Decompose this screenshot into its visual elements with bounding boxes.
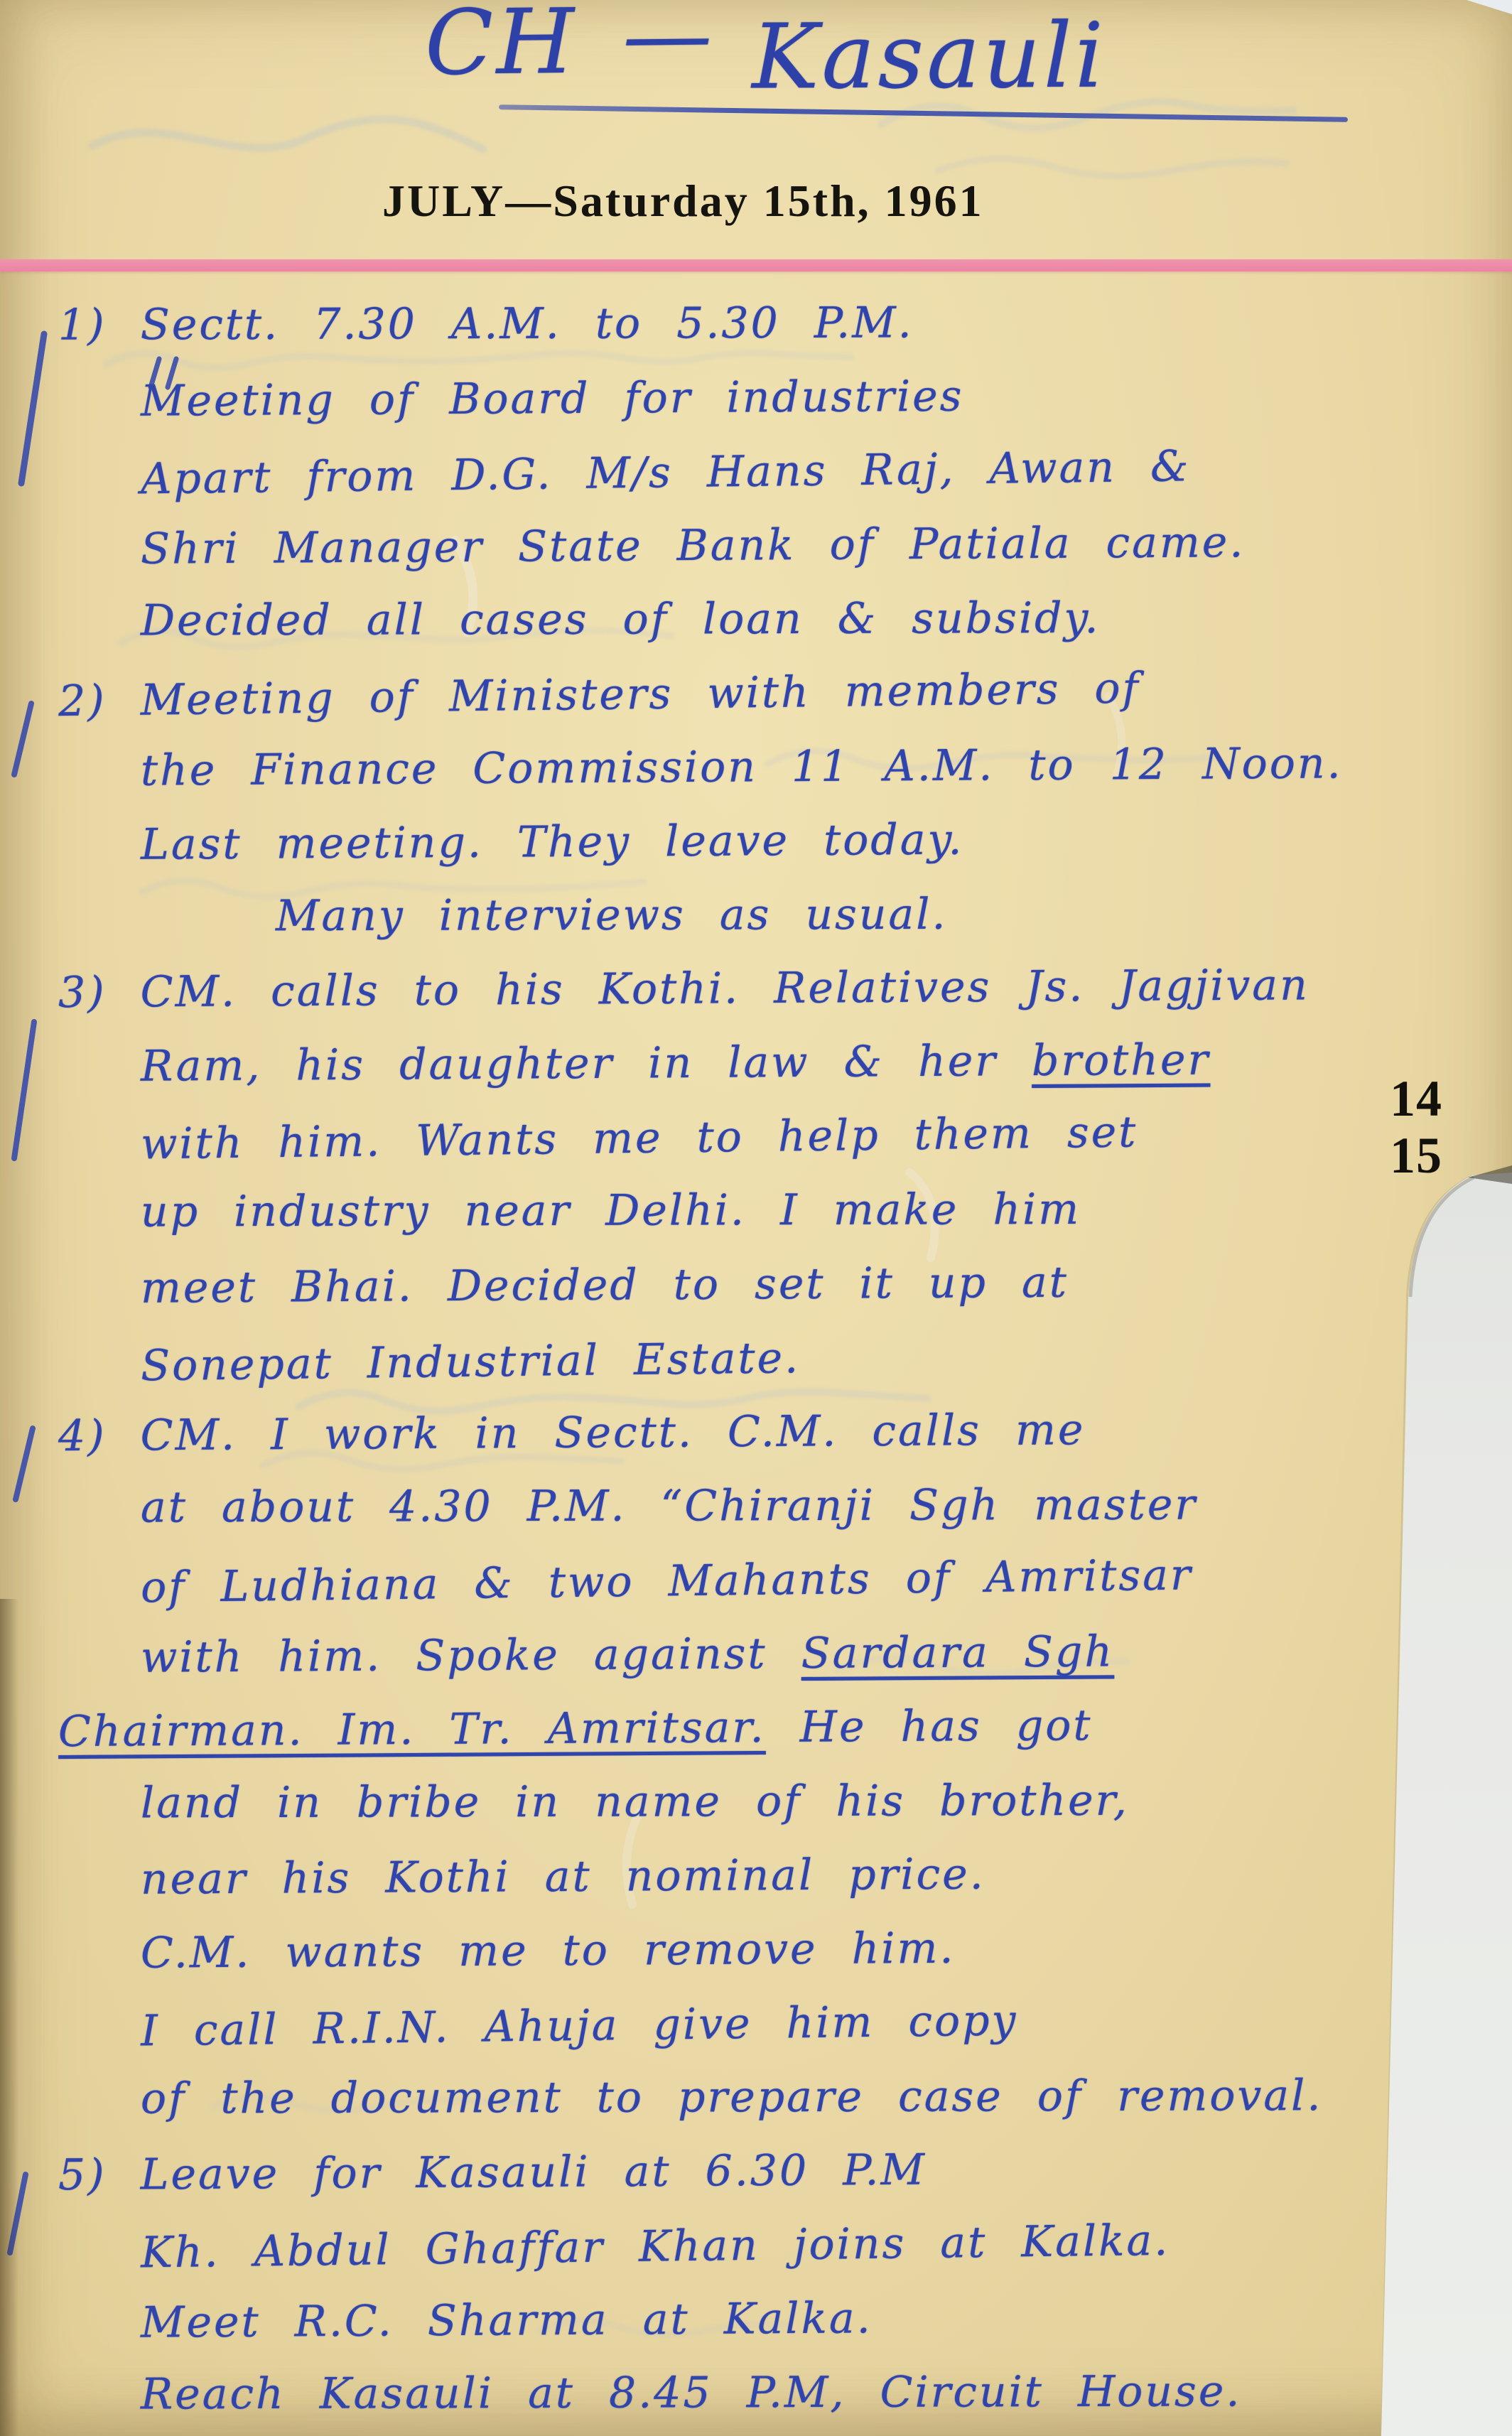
page-edge-shadow [0,1599,18,2436]
handwritten-line: Meeting of Board for industries [141,356,1470,438]
text-segment: near his Kothi at nominal price. [141,1849,985,1904]
pink-rule [0,259,1512,271]
text-segment: Last meeting. They leave today. [141,815,964,870]
handwritten-line: of Ludhiana & two Mahants of Amritsar [140,1535,1469,1625]
title-dash: — [622,0,715,87]
text-segment: Many interviews as usual. [276,890,948,941]
text-segment: 5) Leave for Kasauli at 6.30 P.M [58,2145,927,2200]
handwritten-line: Decided all cases of loan & subsidy. [141,581,1469,658]
text-segment: Ram, his daughter in law & her [141,1036,1032,1092]
handwritten-line: meet Bhai. Decided to set it up at [141,1243,1470,1325]
diary-page-scan: CH—Kasauli JULY—Saturday 15th, 1961 1) S… [0,0,1512,2436]
text-segment: Shri Manager State Bank of Patiala came. [141,517,1246,573]
top-right-page-sliver [1467,0,1512,14]
text-segment: Kh. Abdul Ghaffar Khan joins at Kalka. [141,2216,1170,2278]
handwritten-line: up industry near Delhi. I make him [141,1172,1469,1249]
handwritten-line: Apart from D.G. M/s Hans Raj, Awan & [140,426,1469,517]
text-segment: 4) CM. I work in Sectt. C.M. calls me [58,1405,1086,1461]
handwritten-line: Ram, his daughter in law & her brother [141,1021,1470,1103]
handwritten-line: 5) Leave for Kasauli at 6.30 P.M [58,2130,1470,2212]
text-segment: 3) CM. calls to his Kothi. Relatives Js.… [58,960,1309,1018]
text-segment: the Finance Commission 11 A.M. to 12 Noo… [141,738,1343,795]
text-segment: Sonepat Industrial Estate. [141,1333,801,1391]
text-segment: meet Bhai. Decided to set it up at [141,1258,1069,1313]
diary-body: 1) Sectt. 7.30 A.M. to 5.30 P.M.Meeting … [50,286,1469,2430]
text-segment: I call R.I.N. Ahuja give him copy [141,1995,1018,2056]
handwritten-title: CH—Kasauli [424,0,1107,95]
handwritten-line: Chairman. Im. Tr. Amritsar. He has got [58,1686,1470,1769]
text-segment: at about 4.30 P.M. “Chiranji Sgh master [141,1480,1197,1533]
text-segment: He has got [765,1701,1092,1752]
text-segment: up industry near Delhi. I make him [141,1185,1081,1236]
handwritten-line: of the document to prepare case of remov… [141,2059,1469,2136]
handwritten-line: Many interviews as usual. [276,876,1469,953]
underlined-text: Chairman. Im. Tr. Amritsar. [58,1703,766,1757]
handwritten-line: with him. Wants me to help them set [140,1092,1469,1182]
handwritten-line: Shri Manager State Bank of Patiala came. [141,504,1470,586]
text-segment: 2) Meeting of Ministers with members of [58,664,1141,727]
printed-date: JULY—Saturday 15th, 1961 [382,175,984,227]
underlined-text: Sardara Sgh [801,1627,1114,1678]
handwritten-line: 3) CM. calls to his Kothi. Relatives Js.… [58,947,1470,1030]
text-segment: Meet R.C. Sharma at Kalka. [141,2293,873,2347]
text-segment: with him. Spoke against [141,1629,801,1683]
page-number-top: 14 [1390,1070,1468,1127]
text-segment: C.M. wants me to remove him. [141,1924,956,1978]
underlined-text: brother [1032,1035,1211,1087]
text-segment: 1) Sectt. 7.30 A.M. to 5.30 P.M. [58,298,914,350]
text-segment: of Ludhiana & two Mahants of Amritsar [141,1550,1193,1612]
text-segment: Meeting of Board for industries [141,372,964,426]
handwritten-line: Kh. Abdul Ghaffar Khan joins at Kalka. [140,2200,1469,2290]
handwritten-line: Last meeting. They leave today. [141,799,1470,881]
handwritten-line: Sonepat Industrial Estate. [140,1313,1469,1403]
handwritten-line: with him. Spoke against Sardara Sgh [141,1612,1470,1694]
text-segment: land in bribe in name of his brother, [141,1776,1129,1828]
page-number-bottom: 15 [1390,1127,1468,1184]
handwritten-line: C.M. wants me to remove him. [141,1908,1470,1990]
handwritten-line: near his Kothi at nominal price. [141,1834,1470,1916]
page-tab: 14 15 [1390,1070,1468,1184]
handwritten-line: 4) CM. I work in Sectt. C.M. calls me [58,1391,1470,1473]
handwritten-line: 1) Sectt. 7.30 A.M. to 5.30 P.M. [58,284,1469,362]
text-segment: of the document to prepare case of remov… [141,2071,1323,2123]
text-segment: with him. Wants me to help them set [141,1107,1138,1169]
handwritten-line: 2) Meeting of Ministers with members of [58,647,1469,738]
handwritten-line: land in bribe in name of his brother, [141,1763,1469,1841]
text-segment: Decided all cases of loan & subsidy. [141,593,1101,646]
title-kasauli: Kasauli [752,4,1106,109]
text-segment: Reach Kasauli at 8.45 P.M, Circuit House… [141,2366,1242,2419]
handwritten-line: the Finance Commission 11 A.M. to 12 Noo… [141,726,1470,807]
handwritten-line: I call R.I.N. Ahuja give him copy [140,1978,1469,2069]
text-segment: Apart from D.G. M/s Hans Raj, Awan & [141,441,1191,504]
handwritten-line: at about 4.30 P.M. “Chiranji Sgh master [141,1467,1469,1545]
handwritten-line: Meet R.C. Sharma at Kalka. [141,2278,1470,2359]
handwritten-line: Reach Kasauli at 8.45 P.M, Circuit House… [141,2354,1469,2432]
title-ch: CH [424,0,578,95]
